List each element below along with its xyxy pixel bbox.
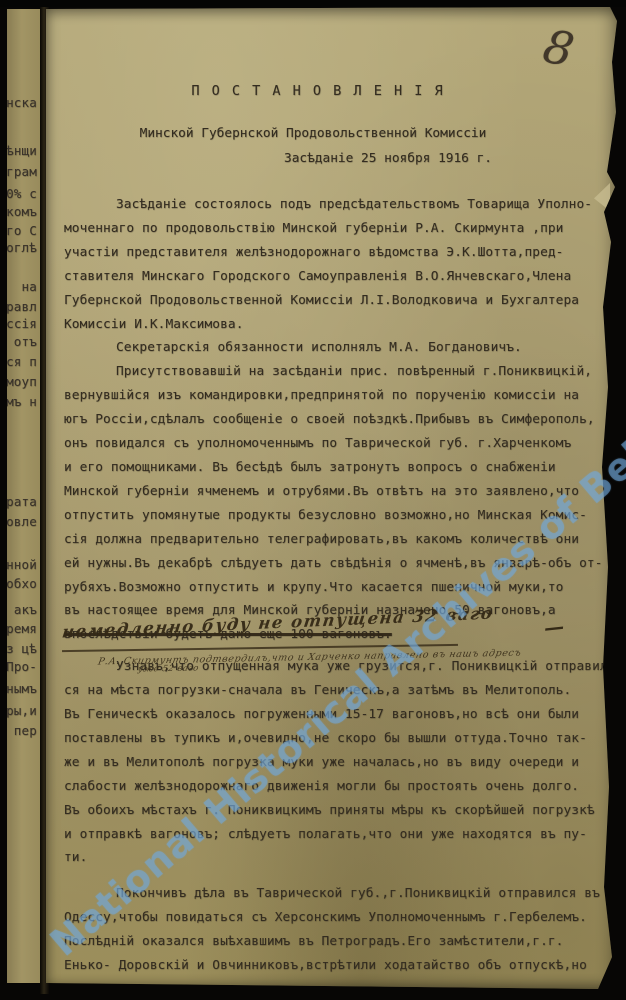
adjacent-page-text-fragment: соглѣ: [7, 240, 37, 255]
adjacent-page-text-fragment: ары,и: [7, 703, 37, 718]
adjacent-page-text-fragment: рата: [7, 494, 37, 509]
adjacent-page-text-fragment: еобхо: [7, 576, 37, 591]
handwritten-page-number: 8: [539, 19, 579, 78]
typed-line: югъ Россіи,сдѣлалъ сообщеніе о своей поѣ…: [64, 408, 604, 432]
typed-line: ставителя Минскаго Городского Самоуправл…: [64, 265, 604, 289]
typed-line: Комиссіи И.К.Максимова.: [64, 313, 604, 337]
typed-line: участіи представителя желѣзнодорожнаго в…: [64, 241, 604, 265]
adjacent-page-text-fragment: я отъ: [7, 334, 37, 349]
adjacent-page-text-fragment: амоуп: [7, 374, 37, 389]
adjacent-page-text-fragment: новле: [7, 514, 37, 529]
adjacent-page-text-fragment: ссія: [7, 316, 37, 331]
adjacent-page-text-fragment: на: [22, 279, 37, 294]
adjacent-page-text-fragment: емъ н: [7, 394, 37, 409]
adjacent-page-text-fragment: го С: [7, 223, 37, 238]
typed-line: Минской губерніи ячменемъ и отрубями.Въ …: [64, 480, 604, 504]
adjacent-page-text-fragment: ѣнщи: [7, 143, 37, 158]
adjacent-page-text-fragment: ы пер: [7, 723, 37, 738]
typed-line: Въ обоихъ мѣстахъ г. Пониквицкимъ принят…: [64, 799, 604, 823]
typed-line: же и въ Мелитополѣ погрузка муки уже нач…: [64, 751, 604, 775]
adjacent-page-text-fragment: Про-: [7, 659, 37, 674]
typed-line: Послѣдній оказался выѣхавшимъ въ Петрогр…: [64, 930, 604, 954]
adjacent-page-text-fragment: з цѣ: [7, 641, 37, 656]
typed-line: Одессу,чтобы повидаться съ Херсонскимъ У…: [64, 906, 604, 930]
session-date-line: Засѣданіе 25 ноября 1916 г.: [156, 151, 620, 166]
adjacent-page-text-fragment: правл: [7, 299, 37, 314]
document-subtitle: Минской Губернской Продовольственной Ком…: [46, 126, 580, 141]
adjacent-page-edge: янскаѣнщие грам80% сескомъго Ссоглѣнапра…: [7, 9, 40, 983]
handwritten-marginal-note-2: уже 52 ваго: [137, 663, 200, 674]
adjacent-page-text-fragment: ескомъ: [7, 204, 37, 219]
scan-black-border-top: [0, 0, 626, 7]
adjacent-page-text-fragment: ремя: [7, 621, 37, 636]
handwritten-dash: —: [543, 614, 565, 640]
document-title: П О С Т А Н О В Л Е Н І Я: [46, 83, 590, 99]
adjacent-page-text-fragment: е грам: [7, 164, 37, 179]
typed-line: Присутствовавшій на засѣданіи прис. повѣ…: [64, 360, 604, 384]
archival-scan: { "document": { "page_number": "8", "tit…: [0, 0, 626, 1000]
typed-line: вернувшійся изъ командировки,предпринято…: [64, 384, 604, 408]
typed-line: слабости желѣзнодорожнаго движенія могли…: [64, 775, 604, 799]
adjacent-page-text-fragment: тся п: [7, 354, 37, 369]
typed-line: и его помощниками. Въ бесѣдѣ былъ затрон…: [64, 456, 604, 480]
typed-line: Губернской Продовольственной Комиссіи Л.…: [64, 289, 604, 313]
typed-line: рубяхъ.Возможно отпустить и крупу.Что ка…: [64, 576, 604, 600]
adjacent-page-text-fragment: енной: [7, 557, 37, 572]
typed-line: Засѣданіе состоялось подъ предсѣдательст…: [64, 193, 604, 217]
adjacent-page-text-fragment: акъ: [14, 602, 37, 617]
typed-line: Секретарскія обязанности исполнялъ М.А. …: [64, 336, 604, 360]
adjacent-page-text-fragment: 80% с: [7, 186, 37, 201]
typed-line: моченнаго по продовольствію Минской губе…: [64, 217, 604, 241]
document-page: П О С Т А Н О В Л Е Н І Я Минской Губерн…: [46, 7, 620, 989]
typed-line: онъ повидался съ уполномоченнымъ по Тавр…: [64, 432, 604, 456]
typed-line: Енько- Доровскій и Овчинниковъ,встрѣтили…: [64, 954, 604, 978]
adjacent-page-text-fragment: нымъ: [7, 681, 37, 696]
adjacent-page-text-fragment: янска: [7, 95, 37, 110]
